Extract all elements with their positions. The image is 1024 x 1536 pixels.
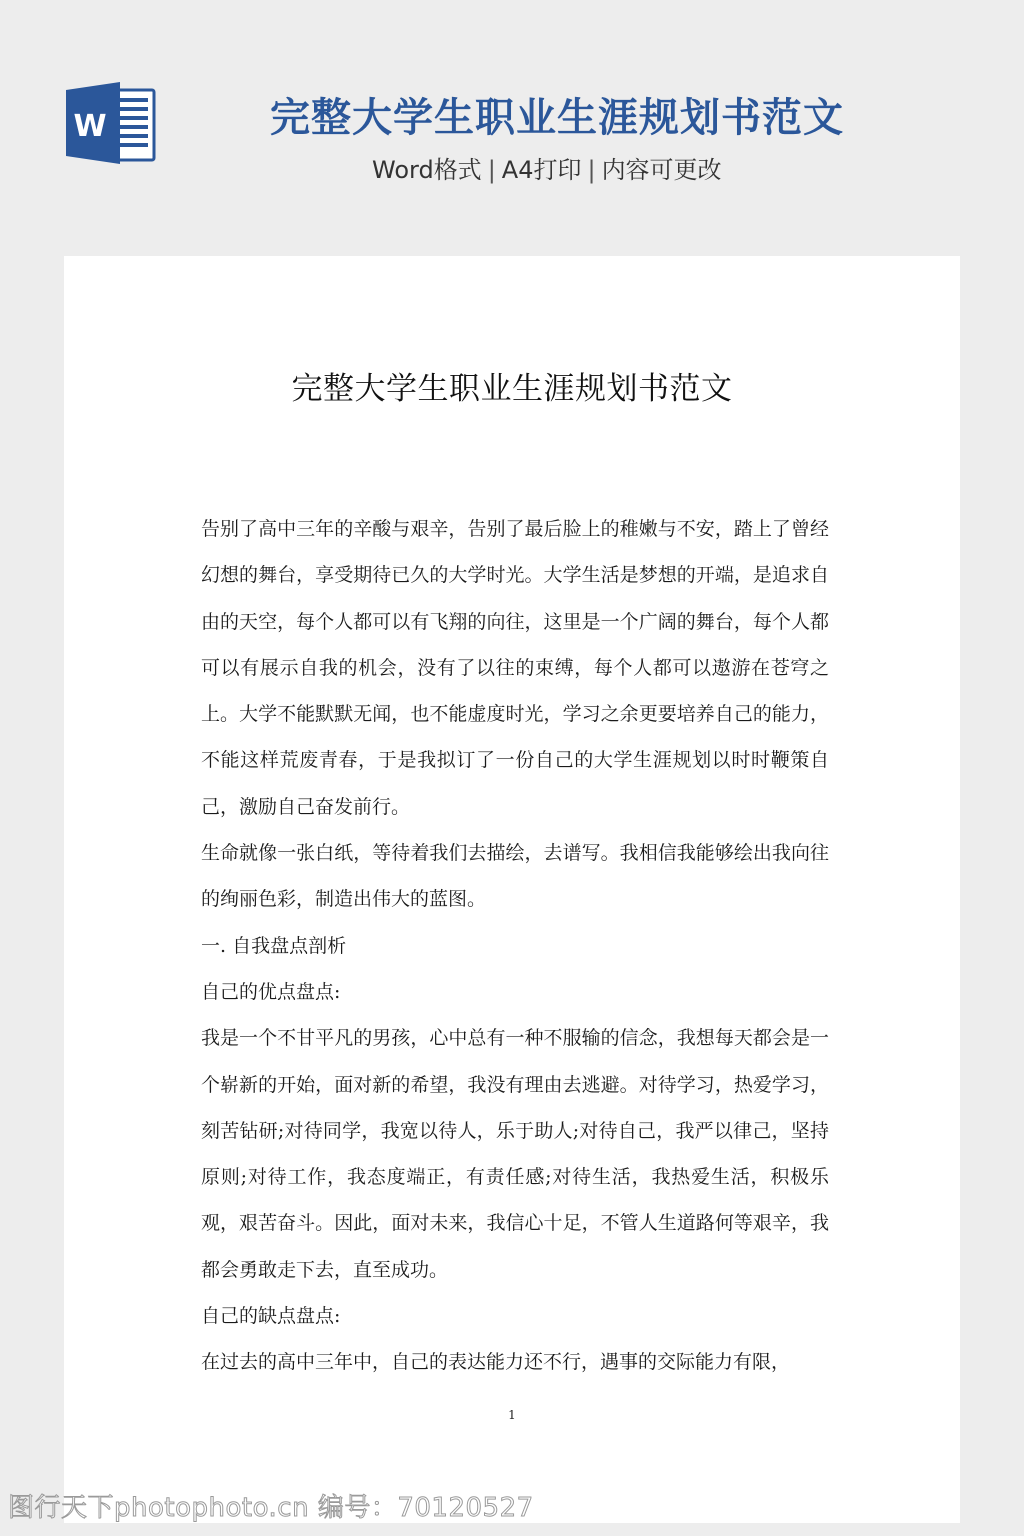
- header-subtitle: Word格式|A4打印|内容可更改: [372, 152, 722, 188]
- document-body: 告别了高中三年的辛酸与艰辛，告别了最后脸上的稚嫩与不安，踏上了曾经幻想的舞台，享…: [201, 506, 829, 1386]
- document-title: 完整大学生职业生涯规划书范文: [64, 366, 960, 412]
- word-icon: W: [64, 82, 156, 164]
- paragraph-life: 生命就像一张白纸，等待着我们去描绘，去谱写。我相信我能够绘出我向往的绚丽色彩，制…: [201, 830, 829, 923]
- header-title: 完整大学生职业生涯规划书范文: [270, 90, 850, 146]
- subheading-weaknesses: 自己的缺点盘点:: [201, 1293, 829, 1339]
- subtitle-format: Word格式: [372, 156, 482, 184]
- section-heading-self-analysis: 一. 自我盘点剖析: [201, 923, 829, 969]
- subtitle-separator: |: [587, 156, 595, 184]
- paragraph-strengths: 我是一个不甘平凡的男孩，心中总有一种不服输的信念，我想每天都会是一个崭新的开始，…: [201, 1015, 829, 1293]
- subtitle-editable: 内容可更改: [602, 156, 722, 184]
- document-page: 完整大学生职业生涯规划书范文 告别了高中三年的辛酸与艰辛，告别了最后脸上的稚嫩与…: [64, 256, 960, 1523]
- paragraph-intro: 告别了高中三年的辛酸与艰辛，告别了最后脸上的稚嫩与不安，踏上了曾经幻想的舞台，享…: [201, 506, 829, 830]
- subtitle-print: A4打印: [502, 156, 582, 184]
- paragraph-weaknesses: 在过去的高中三年中，自己的表达能力还不行，遇事的交际能力有限，: [201, 1339, 829, 1385]
- page-number: 1: [64, 1408, 960, 1422]
- subtitle-separator: |: [488, 156, 496, 184]
- subheading-strengths: 自己的优点盘点:: [201, 969, 829, 1015]
- svg-text:W: W: [73, 109, 106, 144]
- watermark: 图行天下photophoto.cn 编号：70120527: [8, 1490, 534, 1526]
